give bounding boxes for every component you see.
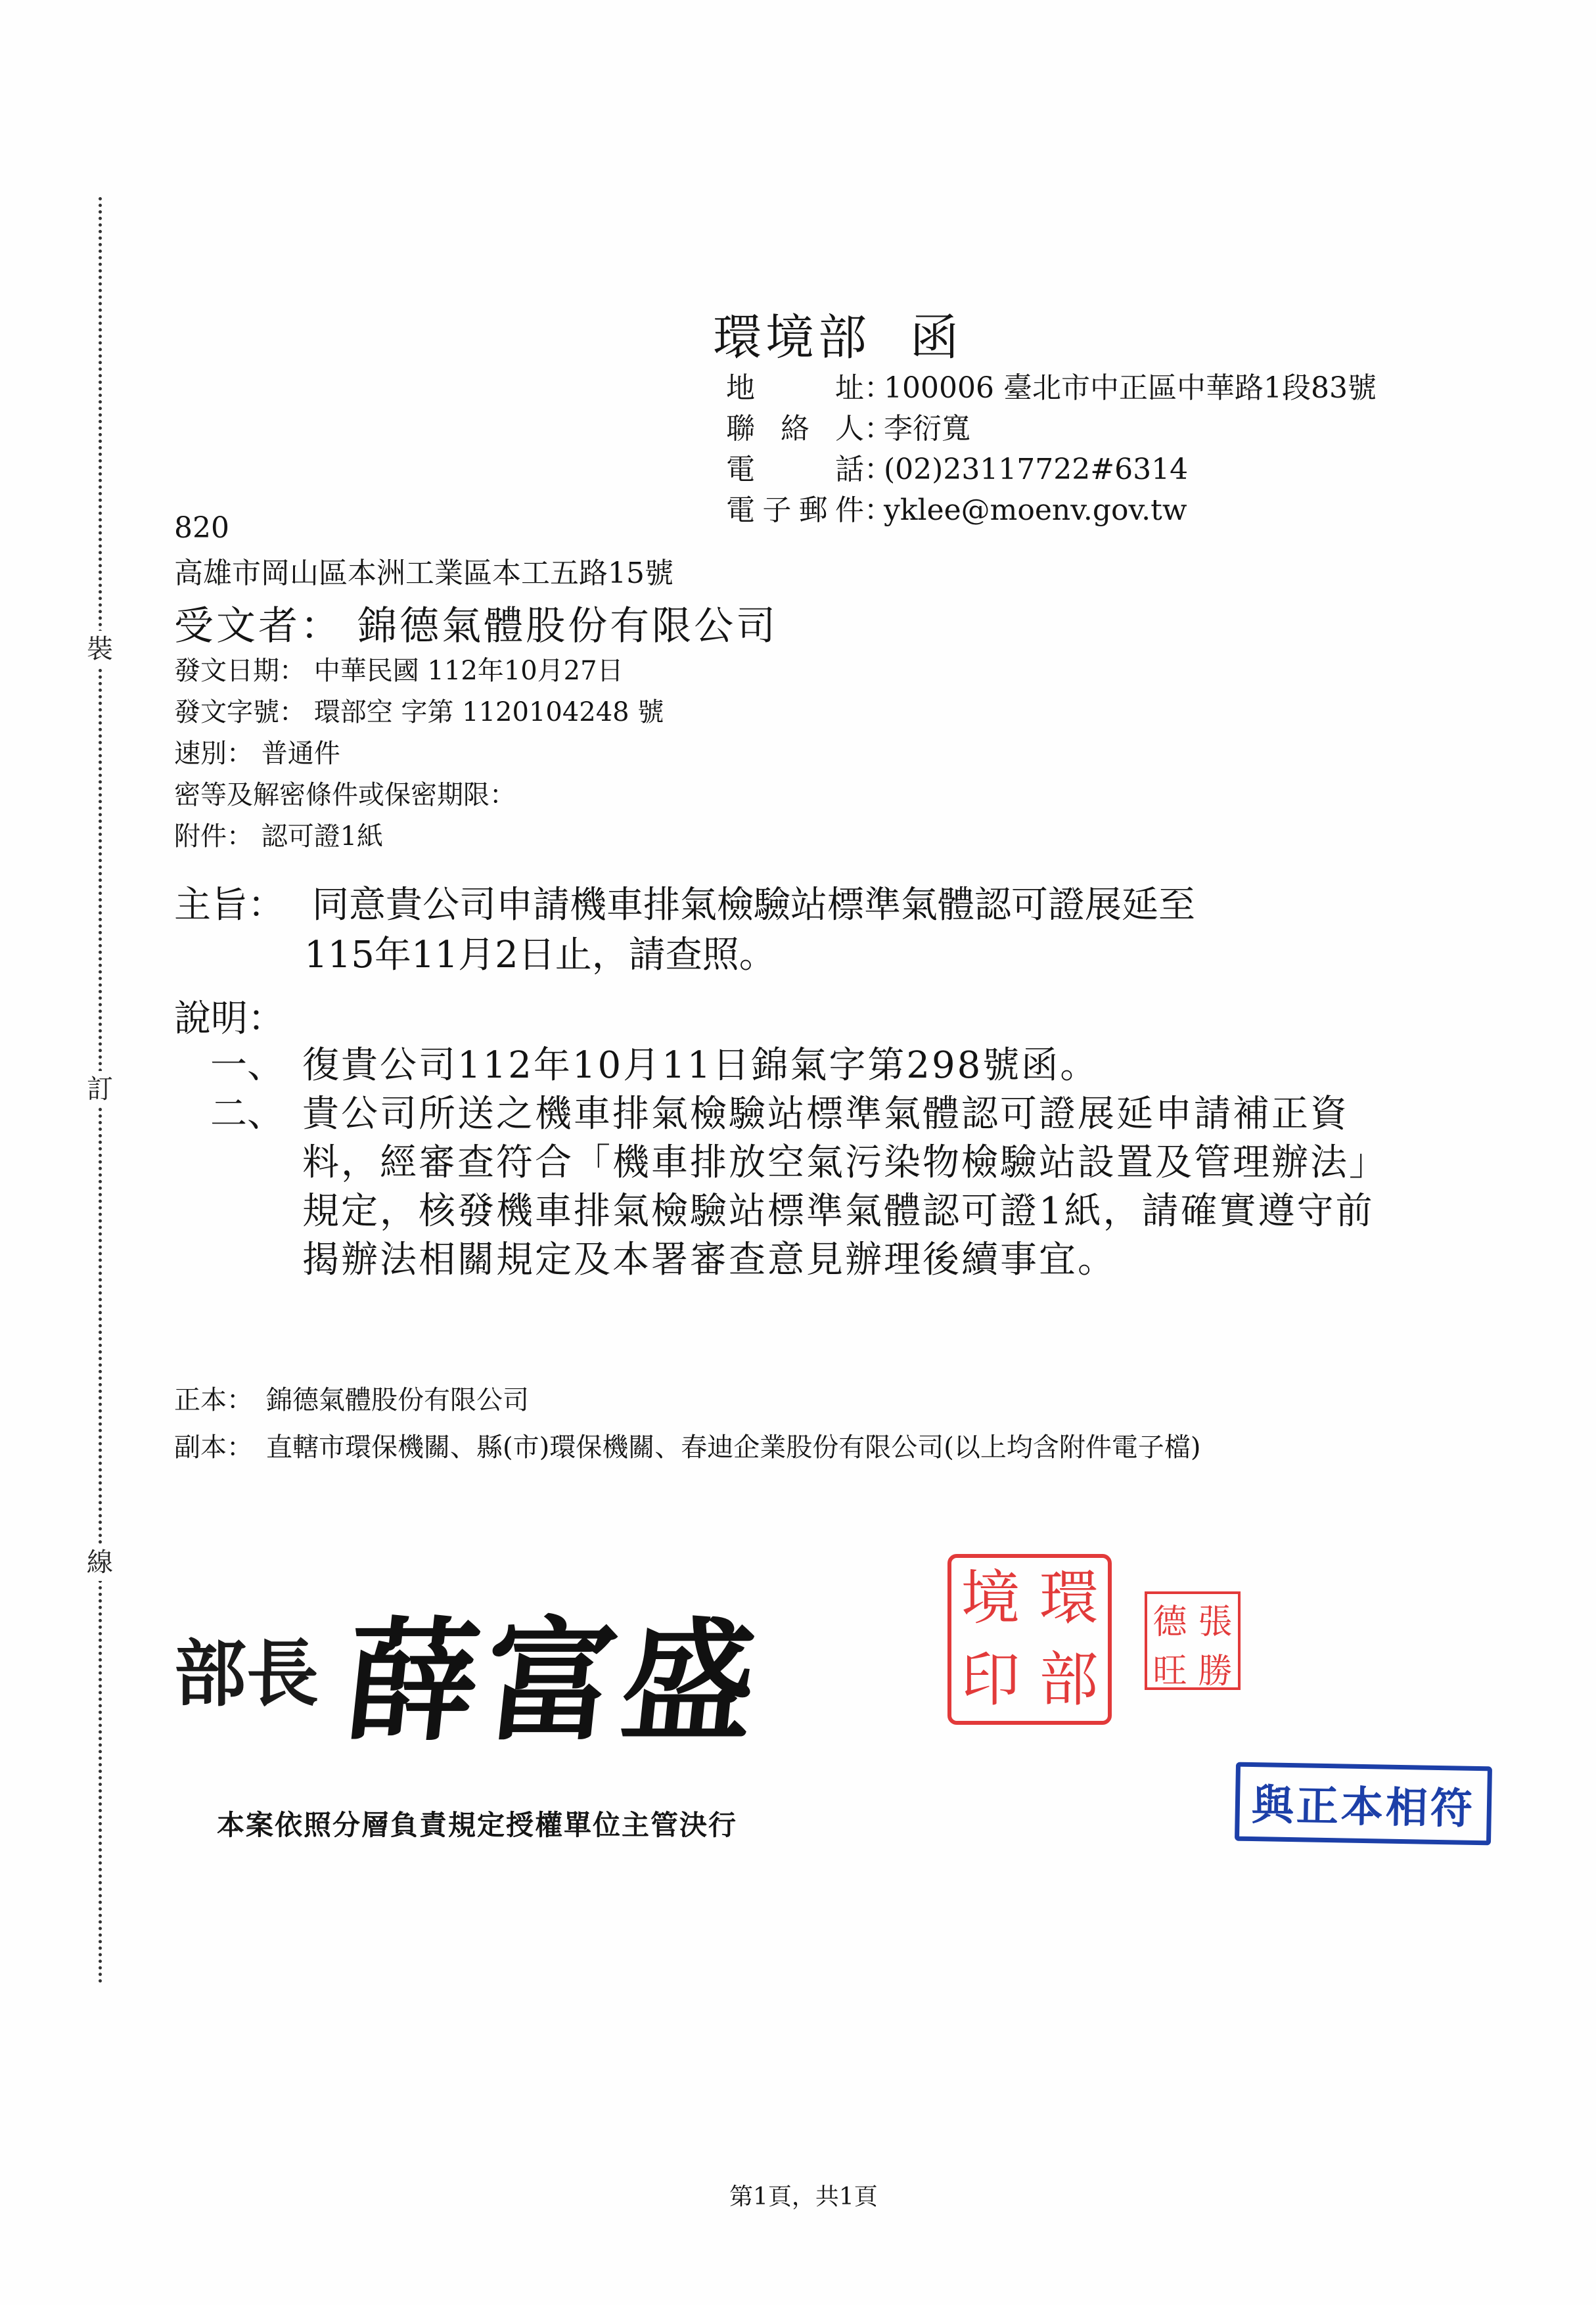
binding-label-xian: 線 (81, 1544, 118, 1581)
contact-label: 聯絡人 (726, 409, 864, 449)
agency-name: 環境部 (713, 309, 871, 366)
subject: 主旨：同意貴公司申請機車排氣檢驗站標準氣體認可證展延至 115年11月2日止，請… (174, 880, 1195, 980)
recipient-zip: 820 (174, 511, 229, 545)
contact-person: 聯絡人 ： 李衍寬 (726, 409, 1377, 449)
item-text: 貴公司所送之機車排氣檢驗站標準氣體認可證展延申請補正資料，經審查符合「機車排放空… (302, 1090, 1380, 1285)
certified-copy-stamp: 與正本相符 (1235, 1762, 1492, 1846)
explanation-item: 二、 貴公司所送之機車排氣檢驗站標準氣體認可證展延申請補正資料，經審查符合「機車… (210, 1090, 1380, 1285)
explanation-label: 說明： (174, 990, 285, 1042)
contact-email: 電子郵件 ： yklee@moenv.gov.tw (726, 490, 1377, 531)
recipient-address: 高雄市岡山區本洲工業區本工五路15號 (174, 549, 673, 591)
document-meta: 發文日期： 中華民國 112年10月27日 發文字號： 環部空 字第 11201… (174, 650, 664, 857)
distribution: 正本： 錦德氣體股份有限公司 副本： 直轄市環保機關、縣(市)環保機關、春迪企業… (174, 1377, 1370, 1471)
contact-value: yklee@moenv.gov.tw (884, 490, 1187, 531)
carbon-copy: 副本： 直轄市環保機關、縣(市)環保機關、春迪企業股份有限公司(以上均含附件電子… (174, 1424, 1370, 1471)
contact-block: 地址 ： 100006 臺北市中正區中華路1段83號 聯絡人 ： 李衍寬 電話 … (726, 368, 1377, 531)
binding-label-zhuang: 裝 (81, 631, 118, 668)
subject-line-2: 115年11月2日止，請查照。 (174, 930, 1195, 980)
personal-seal-icon: 德張 旺勝 (1145, 1591, 1241, 1690)
contact-label: 地址 (726, 368, 864, 409)
contact-value: 100006 臺北市中正區中華路1段83號 (884, 368, 1377, 409)
binding-label-ding: 訂 (81, 1071, 118, 1108)
document-title: 環境部函 (713, 299, 963, 369)
contact-label: 電子郵件 (726, 490, 864, 531)
contact-address: 地址 ： 100006 臺北市中正區中華路1段83號 (726, 368, 1377, 409)
explanation-items: 一、 復貴公司112年10月11日錦氣字第298號函。 二、 貴公司所送之機車排… (210, 1041, 1380, 1285)
attachment: 附件： 認可證1紙 (174, 816, 664, 857)
secrecy-level: 密等及解密條件或保密期限： (174, 775, 664, 816)
item-number: 二、 (210, 1090, 302, 1285)
contact-value: (02)23117722#6314 (884, 449, 1188, 490)
official-seal-icon: 境環 印部 (947, 1554, 1112, 1725)
item-number: 一、 (210, 1041, 302, 1090)
contact-phone: 電話 ： (02)23117722#6314 (726, 449, 1377, 490)
page-number: 第1頁，共1頁 (729, 2178, 878, 2212)
subject-line-1: 同意貴公司申請機車排氣檢驗站標準氣體認可證展延至 (312, 884, 1195, 926)
delegation-note: 本案依照分層負責規定授權單位主管決行 (217, 1804, 737, 1843)
original-copy: 正本： 錦德氣體股份有限公司 (174, 1377, 1370, 1424)
signature-name: 薛富盛 (338, 1577, 772, 1766)
issue-date: 發文日期： 中華民國 112年10月27日 (174, 650, 664, 692)
item-text: 復貴公司112年10月11日錦氣字第298號函。 (302, 1041, 1380, 1090)
recipient-name: 受文者： 錦德氣體股份有限公司 (174, 595, 778, 651)
delivery-speed: 速別： 普通件 (174, 733, 664, 775)
signature-title: 部長 (174, 1616, 319, 1720)
doc-type: 函 (910, 309, 963, 366)
subject-label: 主旨： (174, 880, 312, 930)
contact-label: 電話 (726, 449, 864, 490)
contact-value: 李衍寬 (884, 409, 970, 449)
document-number: 發文字號： 環部空 字第 1120104248 號 (174, 692, 664, 733)
explanation-item: 一、 復貴公司112年10月11日錦氣字第298號函。 (210, 1041, 1380, 1090)
